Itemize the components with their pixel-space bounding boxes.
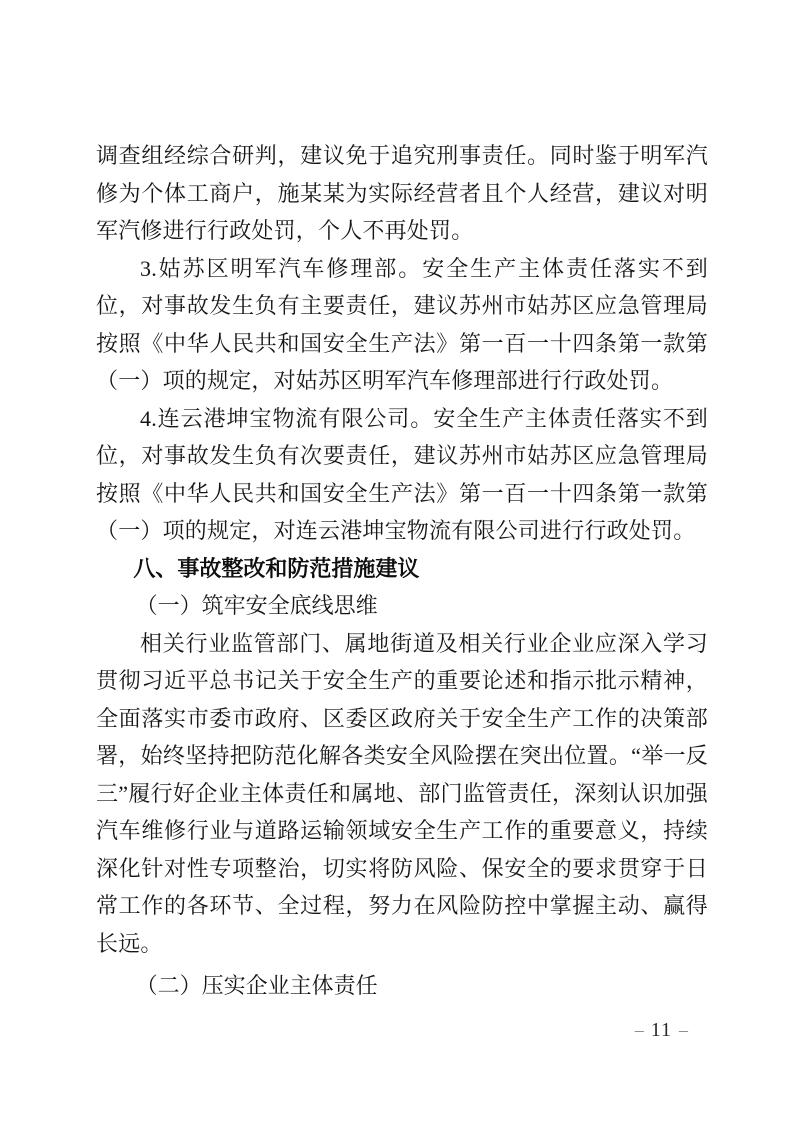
subheading-2: （二）压实企业主体责任	[96, 967, 708, 1005]
document-page: 调查组经综合研判，建议免于追究刑事责任。同时鉴于明军汽修为个体工商户，施某某为实…	[0, 0, 793, 1122]
section-heading-8: 八、事故整改和防范措施建议	[96, 550, 708, 588]
paragraph-item-4: 4.连云港坤宝物流有限公司。安全生产主体责任落实不到位，对事故发生负有次要责任，…	[96, 400, 708, 550]
subheading-1: （一）筑牢安全底线思维	[96, 587, 708, 625]
page-number-value: 11	[651, 1019, 672, 1041]
paragraph-measures-1: 相关行业监管部门、属地街道及相关行业企业应深入学习贯彻习近平总书记关于安全生产的…	[96, 625, 708, 963]
page-number-dash-left: –	[628, 1020, 651, 1040]
page-number: –11–	[628, 1018, 695, 1042]
document-body: 调查组经综合研判，建议免于追究刑事责任。同时鉴于明军汽修为个体工商户，施某某为实…	[96, 137, 708, 1005]
page-number-dash-right: –	[672, 1020, 695, 1040]
paragraph-continuation: 调查组经综合研判，建议免于追究刑事责任。同时鉴于明军汽修为个体工商户，施某某为实…	[96, 137, 708, 250]
paragraph-item-3: 3.姑苏区明军汽车修理部。安全生产主体责任落实不到位，对事故发生负有主要责任，建…	[96, 250, 708, 400]
